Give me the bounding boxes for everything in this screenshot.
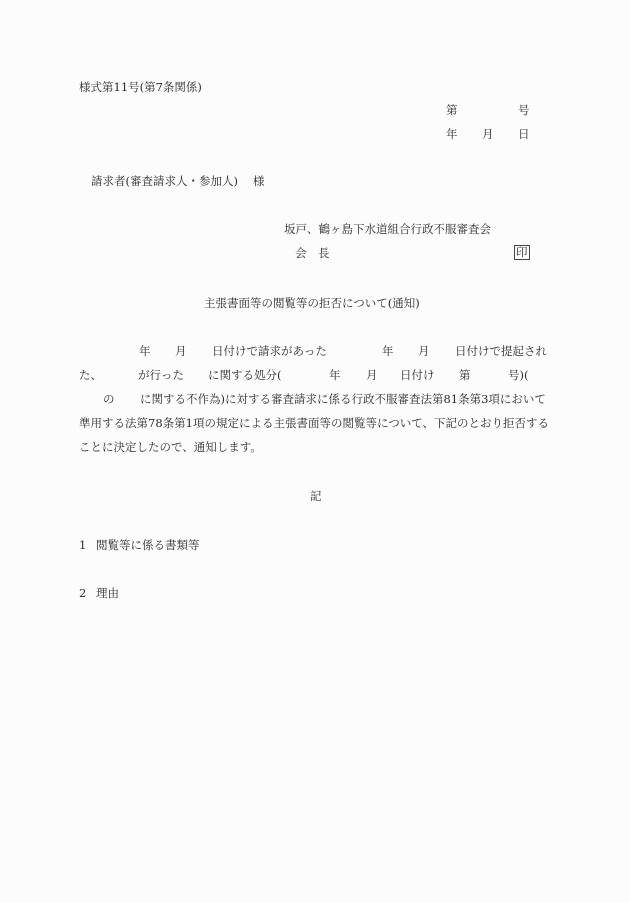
body-l2-dai: 第 — [459, 368, 471, 382]
form-number: 様式第11号(第7条関係) — [79, 80, 202, 94]
body-l2-text3: に関する処分( — [208, 368, 282, 382]
body-l1-year1: 年 — [139, 344, 151, 358]
body-l1-month1: 月 — [175, 344, 187, 358]
body-l2-text5: 号)( — [508, 368, 528, 382]
body-l4: 準用する法第78条第1項の規定による主張書面等の閲覧等について、下記のとおり拒否… — [79, 416, 549, 430]
item-2-number: 2 — [79, 586, 86, 600]
seal-mark: 印 — [514, 245, 530, 260]
body-l1-year2: 年 — [382, 344, 394, 358]
date-year: 年 — [446, 127, 458, 141]
body-l2-text1: た、 — [79, 368, 102, 382]
body-l3-no: の — [103, 392, 115, 406]
addressee-honorific: 様 — [253, 174, 265, 188]
body-l3-text: に関する不作為)に対する審査請求に係る行政不服審査法第81条第3項において — [140, 392, 546, 406]
item-2-label: 理由 — [96, 586, 119, 600]
date-day: 日 — [518, 127, 530, 141]
document-number-suffix: 号 — [518, 103, 530, 117]
body-l1-month2: 月 — [418, 344, 430, 358]
sender-organization: 坂戸、鶴ヶ島下水道組合行政不服審査会 — [284, 222, 491, 236]
body-l2-year: 年 — [329, 368, 341, 382]
body-l2-text2: が行った — [138, 368, 184, 382]
item-1-number: 1 — [79, 538, 86, 552]
ki-heading: 記 — [310, 489, 322, 503]
date-month: 月 — [482, 127, 494, 141]
body-l2-text4: 日付け — [400, 368, 435, 382]
item-1-label: 閲覧等に係る書類等 — [96, 538, 200, 552]
body-l1-text2: 日付けで提起され — [455, 344, 547, 358]
subject-title: 主張書面等の閲覧等の拒否について(通知) — [204, 296, 420, 310]
addressee-label: 請求者(審査請求人・参加人) — [91, 174, 238, 188]
body-l1-text1: 日付けで請求があった — [212, 344, 327, 358]
sender-title: 会 長 — [295, 246, 330, 260]
body-l2-month: 月 — [366, 368, 378, 382]
seal-icon: 印 — [514, 245, 530, 260]
document-number-prefix: 第 — [446, 103, 458, 117]
body-l5: ことに決定したので、通知します。 — [79, 440, 262, 454]
